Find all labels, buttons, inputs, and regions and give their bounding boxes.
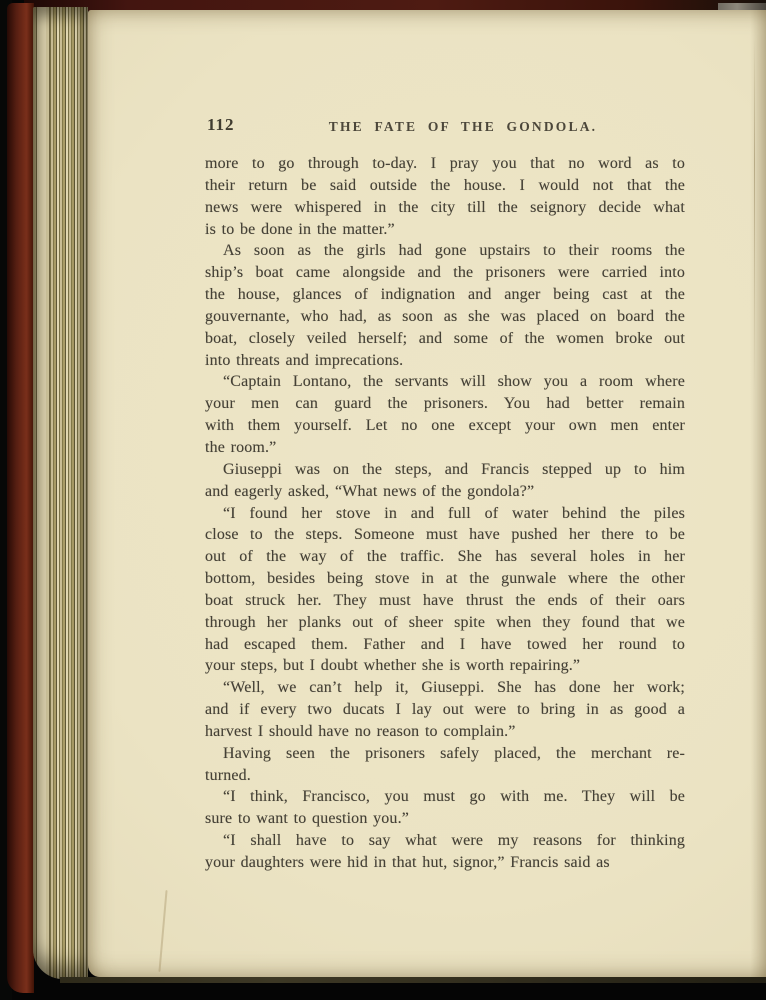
page-curl-line [754,40,755,390]
paragraph: “Captain Lontano, the servants will show… [205,371,685,458]
book-cover-bottom-edge [60,977,766,983]
text-line: had escaped them. Father and I have towe… [205,634,685,656]
text-line: “I think, Francisco, you must go with me… [205,786,685,808]
text-line: out of the way of the traffic. She has s… [205,546,685,568]
text-line: boat, closely veiled herself; and some o… [205,328,685,350]
page-number: 112 [207,115,235,135]
text-line: your daughters were hid in that hut, sig… [205,852,685,874]
text-line: their return be said outside the house. … [205,175,685,197]
paragraph: “Well, we can’t help it, Giuseppi. She h… [205,677,685,743]
text-line: your men can guard the prisoners. You ha… [205,393,685,415]
paragraph: more to go through to-day. I pray you th… [205,153,685,240]
text-line: boat struck her. They must have thrust t… [205,590,685,612]
page-text: more to go through to-day. I pray you th… [205,153,685,874]
paragraph: “I found her stove in and full of water … [205,503,685,678]
text-line: “I shall have to say what were my reason… [205,830,685,852]
text-line: sure to want to question you.” [205,808,685,830]
text-line: gouvernante, who had, as soon as she was… [205,306,685,328]
page-crease [158,890,167,972]
text-line: more to go through to-day. I pray you th… [205,153,685,175]
page-content: 112 THE FATE OF THE GONDOLA. more to go … [205,10,685,874]
text-line: the room.” [205,437,685,459]
text-line: through her planks out of sheer spite wh… [205,612,685,634]
text-line: and eagerly asked, “What news of the gon… [205,481,685,503]
text-line: into threats and imprecations. [205,350,685,372]
text-line: and if every two ducats I lay out were t… [205,699,685,721]
text-line: As soon as the girls had gone upstairs t… [205,240,685,262]
paragraph: “I think, Francisco, you must go with me… [205,786,685,830]
text-line: ship’s boat came alongside and the priso… [205,262,685,284]
text-line: Giuseppi was on the steps, and Francis s… [205,459,685,481]
text-line: bottom, besides being stove in at the gu… [205,568,685,590]
text-line: turned. [205,765,685,787]
gutter-shadow [750,10,766,977]
paragraph: Having seen the prisoners safely placed,… [205,743,685,787]
book-page: 112 THE FATE OF THE GONDOLA. more to go … [88,10,766,977]
book-cover-fore-edge [7,3,34,993]
text-line: news were whispered in the city till the… [205,197,685,219]
text-line: “Captain Lontano, the servants will show… [205,371,685,393]
page-edges-stack [33,7,88,979]
text-line: harvest I should have no reason to compl… [205,721,685,743]
text-line: “I found her stove in and full of water … [205,503,685,525]
text-line: your steps, but I doubt whether she is w… [205,655,685,677]
text-line: close to the steps. Someone must have pu… [205,524,685,546]
running-title: THE FATE OF THE GONDOLA. [329,119,597,135]
paragraph: As soon as the girls had gone upstairs t… [205,240,685,371]
text-line: is to be done in the matter.” [205,219,685,241]
text-line: the house, glances of indignation and an… [205,284,685,306]
paragraph: “I shall have to say what were my reason… [205,830,685,874]
book-photo: 112 THE FATE OF THE GONDOLA. more to go … [0,0,766,1000]
text-line: “Well, we can’t help it, Giuseppi. She h… [205,677,685,699]
text-line: with them yourself. Let no one except yo… [205,415,685,437]
page-header: 112 THE FATE OF THE GONDOLA. [205,115,685,141]
paragraph: Giuseppi was on the steps, and Francis s… [205,459,685,503]
text-line: Having seen the prisoners safely placed,… [205,743,685,765]
